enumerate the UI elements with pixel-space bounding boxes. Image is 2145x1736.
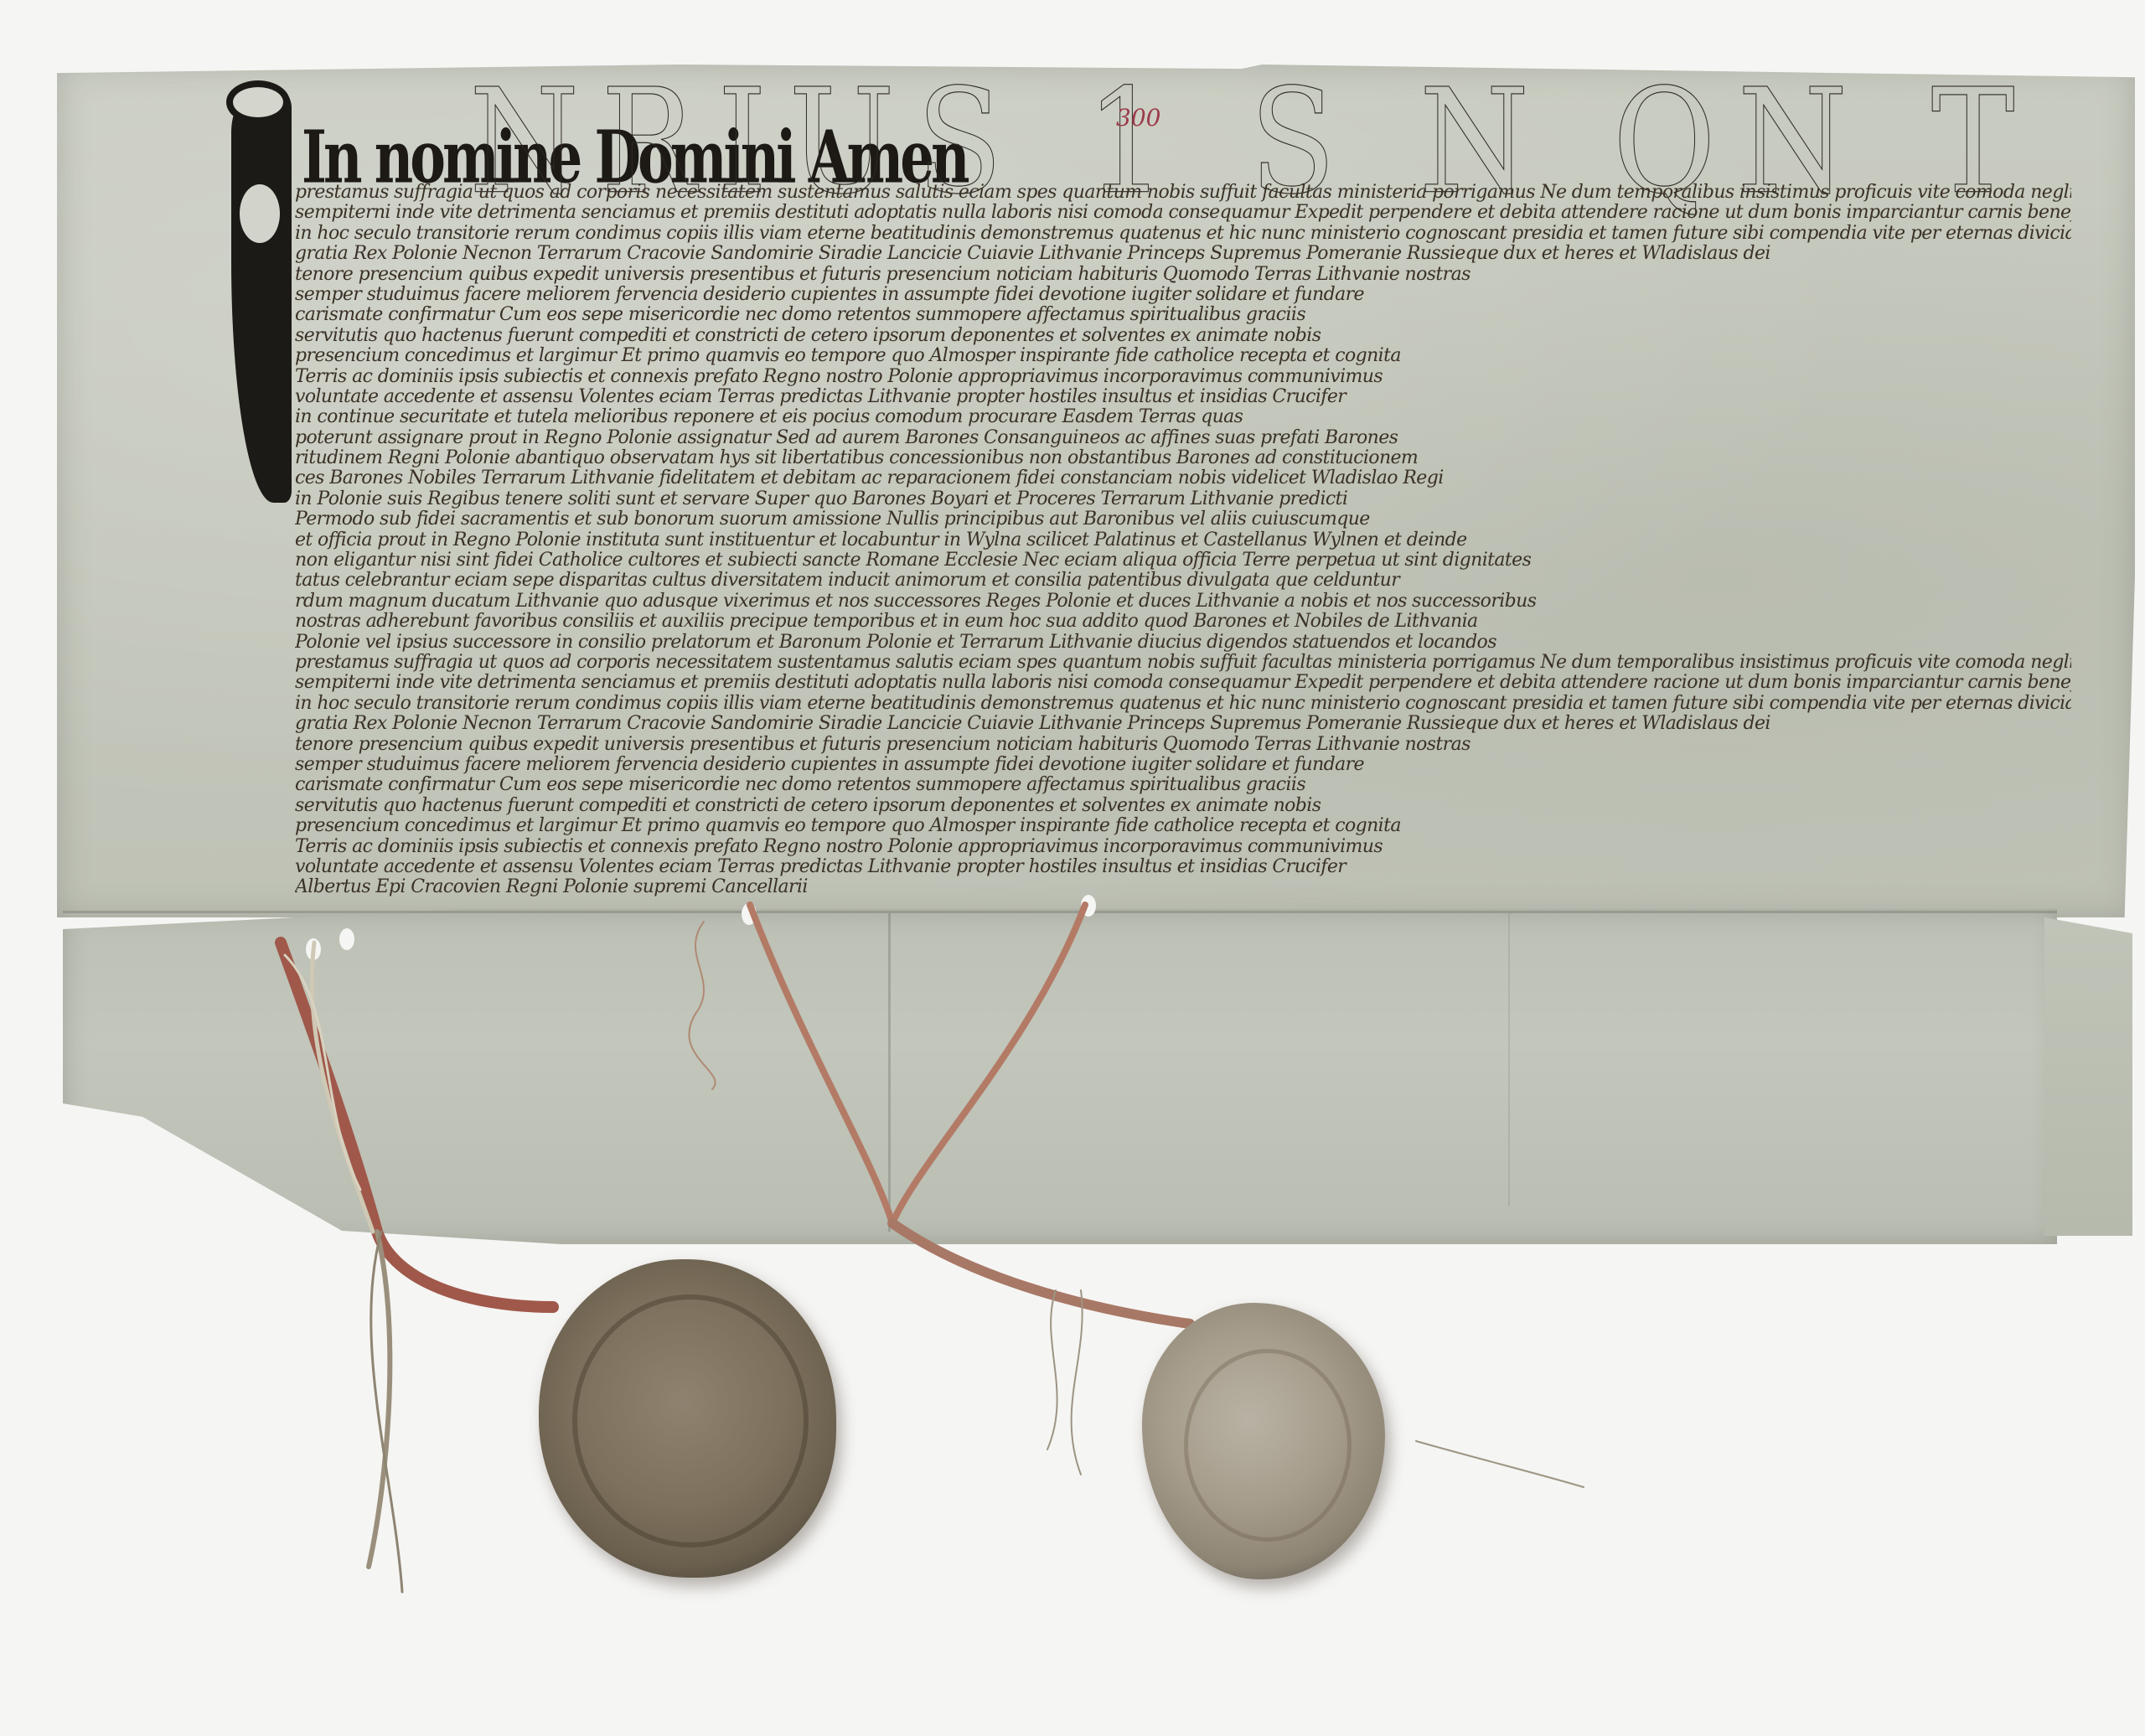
wax-seal-large: Large round wax seal: [539, 1259, 836, 1578]
wax-seal-small: Smaller wax seal with eagle impression: [1142, 1303, 1385, 1579]
seal-cords: [0, 0, 2145, 1736]
